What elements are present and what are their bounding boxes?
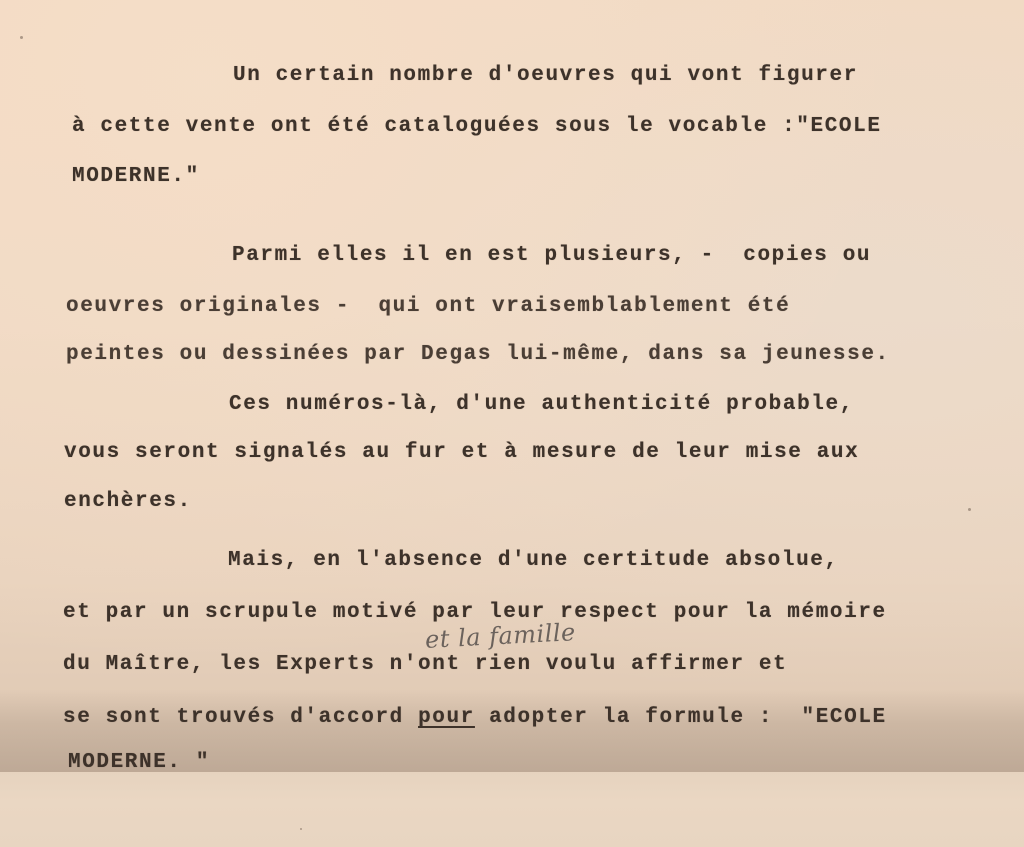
text-line: peintes ou dessinées par Degas lui-même,… [66, 343, 890, 366]
text-line: Parmi elles il en est plusieurs, - copie… [232, 244, 871, 267]
text-line: du Maître, les Experts n'ont rien voulu … [63, 653, 787, 676]
text-line: enchères. [64, 490, 192, 513]
text-line: Un certain nombre d'oeuvres qui vont fig… [233, 64, 858, 87]
text-line: et par un scrupule motivé par leur respe… [63, 601, 887, 624]
text-line: MODERNE. " [68, 751, 210, 774]
paper-speck [300, 828, 302, 830]
text-line: Ces numéros-là, d'une authenticité proba… [229, 393, 854, 416]
underlying-page [0, 772, 1024, 847]
text-line: vous seront signalés au fur et à mesure … [64, 441, 859, 464]
text-line: se sont trouvés d'accord pour adopter la… [63, 706, 887, 729]
text-line: à cette vente ont été cataloguées sous l… [72, 115, 882, 138]
text-line: MODERNE." [72, 165, 200, 188]
underlined-word: pour [418, 706, 475, 729]
paper-speck [968, 508, 971, 511]
text-segment: adopter la formule : "ECOLE [475, 706, 887, 729]
text-line: Mais, en l'absence d'une certitude absol… [228, 549, 839, 572]
text-line: oeuvres originales - qui ont vraisemblab… [66, 295, 790, 318]
text-segment: se sont trouvés d'accord [63, 706, 418, 729]
paper-speck [20, 36, 23, 39]
